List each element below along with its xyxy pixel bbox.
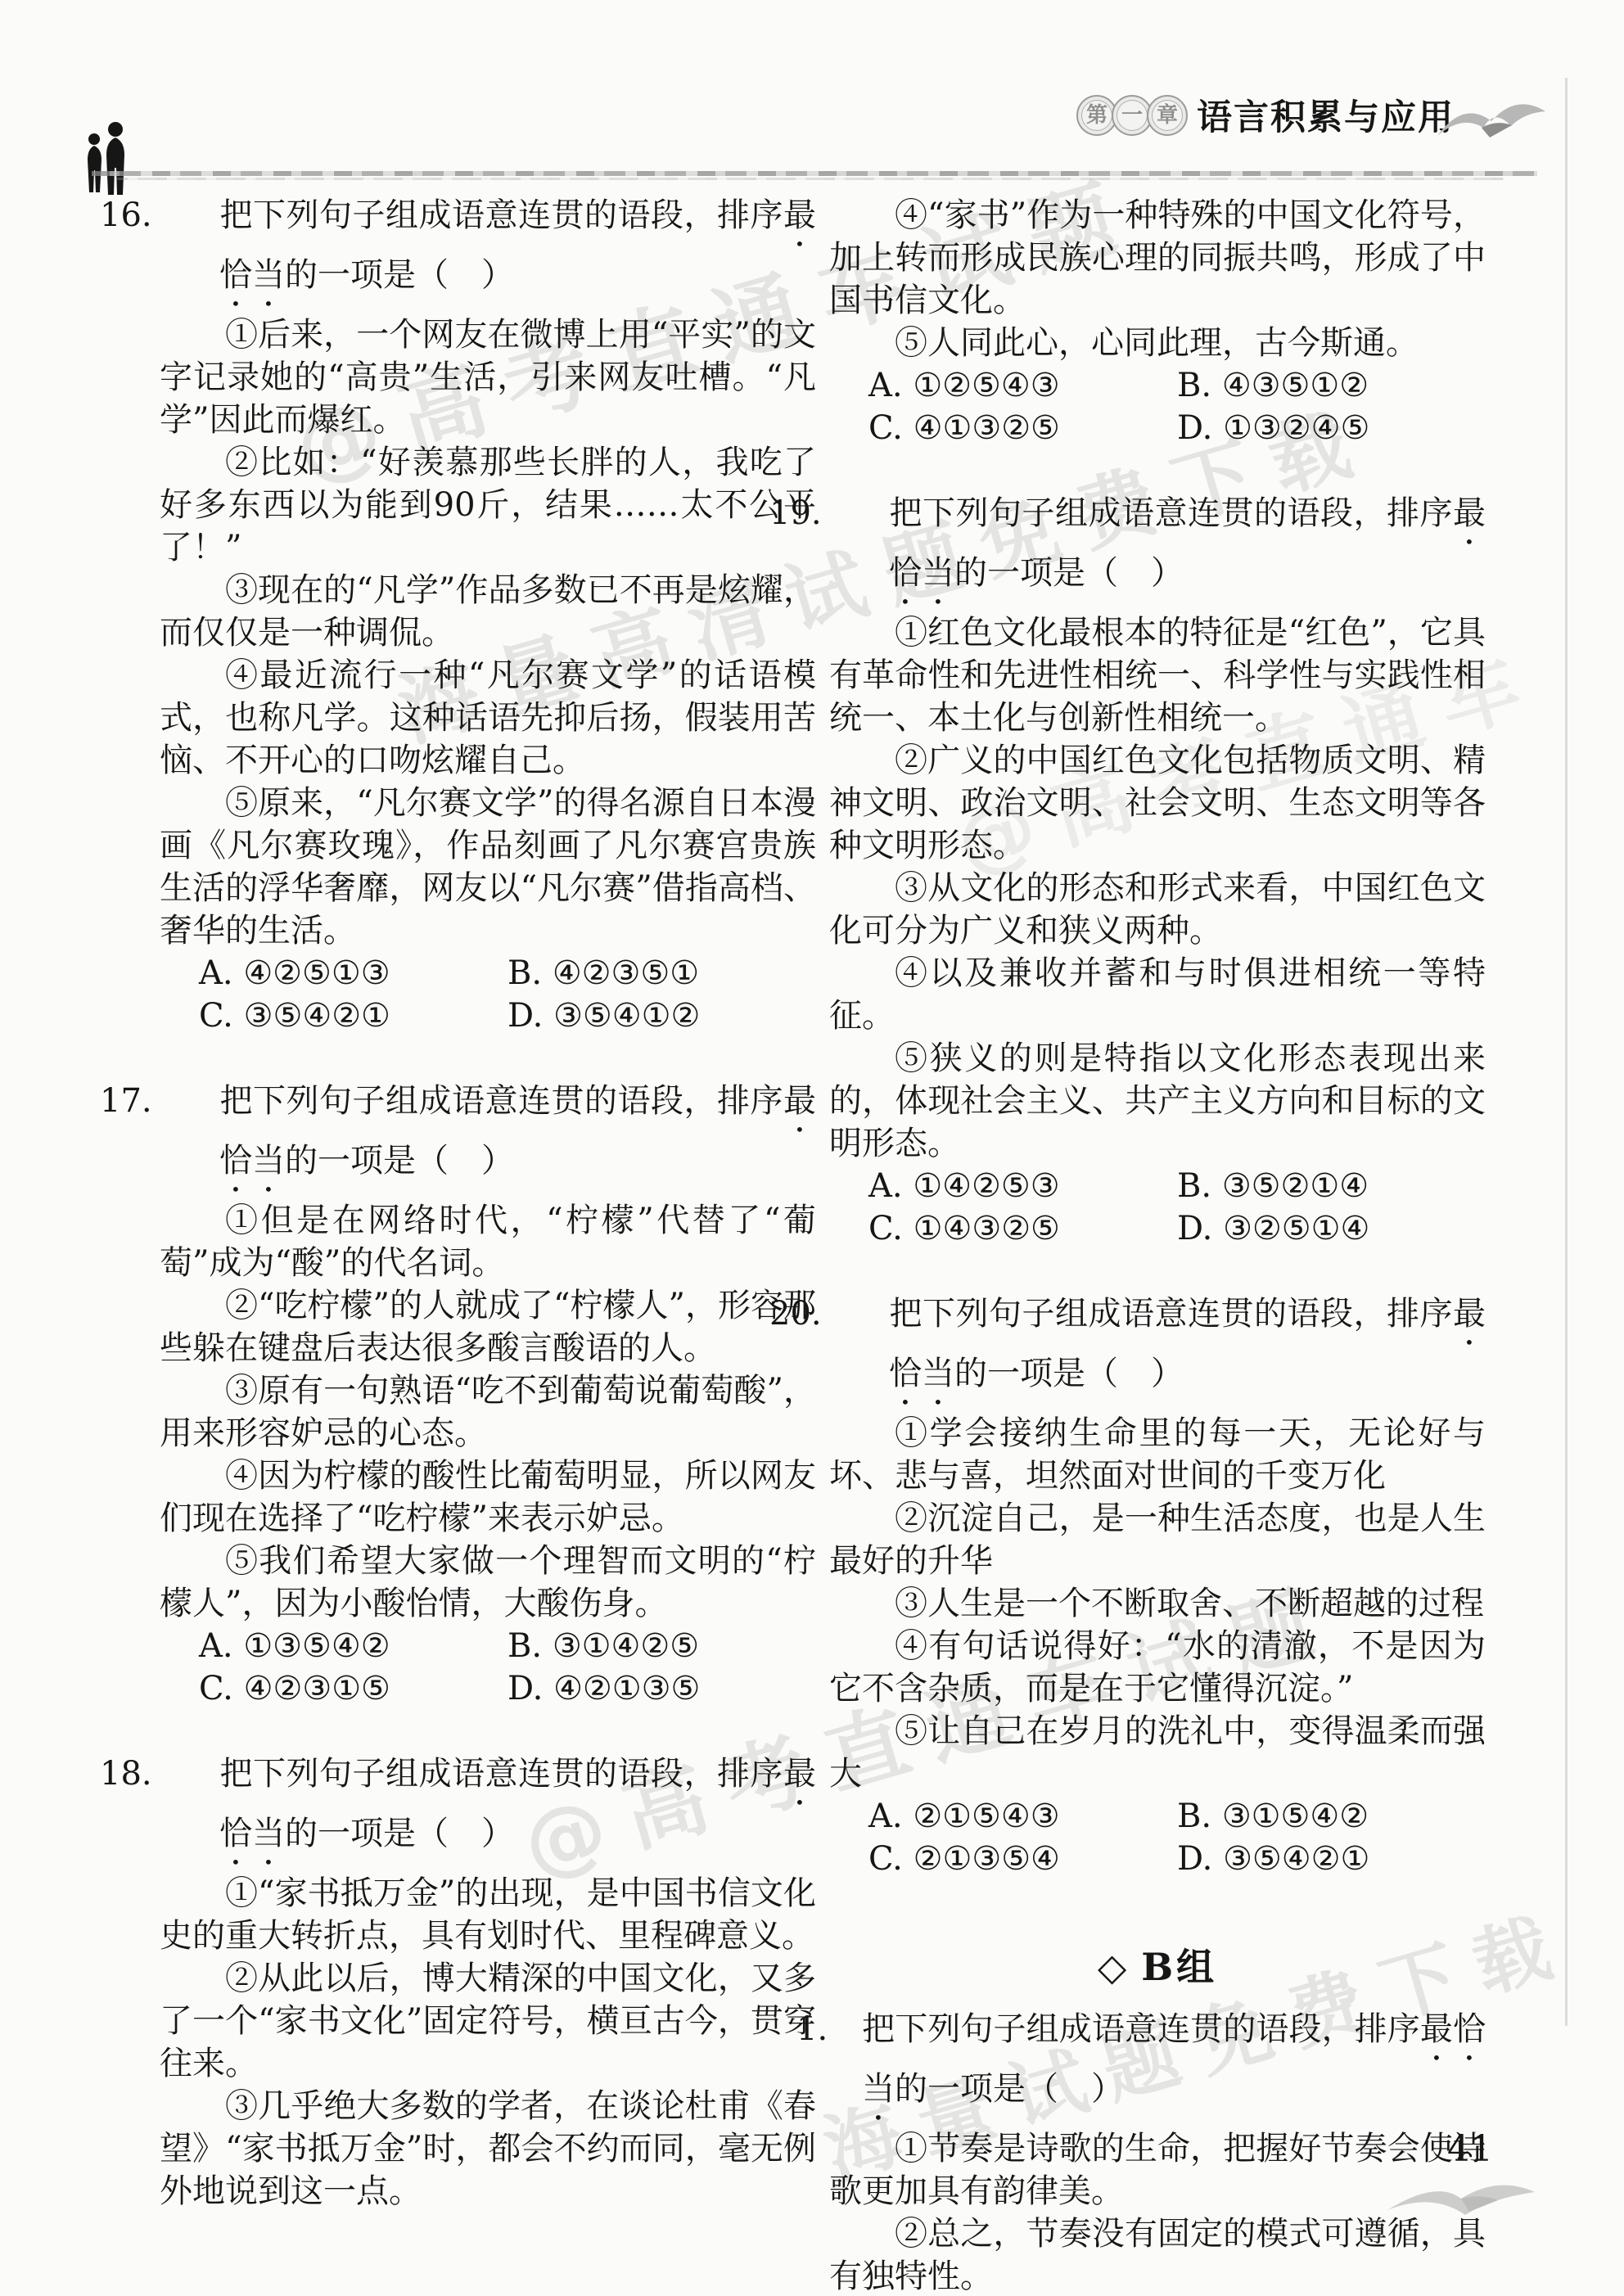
sentence-item: ②“吃柠檬”的人就成了“柠檬人”，形容那些躲在键盘后表达很多酸言酸语的人。 [160, 1284, 816, 1369]
sentence-item: ⑤让自己在岁月的洗礼中，变得温柔而强大 [829, 1710, 1486, 1795]
left-column: 16.把下列句子组成语意连贯的语段，排序最恰当的一项是（ ） ①后来，一个网友在… [160, 194, 816, 2213]
options-grid: A. ①③⑤④② B. ③①④②⑤ C. ④②③①⑤ D. ④②①③⑤ [160, 1625, 816, 1710]
option-c: C. ④①③②⑤ [868, 407, 1177, 449]
sentence-item: ①后来，一个网友在微博上用“平实”的文字记录她的“高贵”生活，引来网友吐槽。“凡… [160, 314, 816, 441]
stem-text: 的一项是（ ） [954, 1355, 1184, 1392]
option-d: D. ①③②④⑤ [1177, 407, 1486, 449]
chapter-title: 语言积累与应用 [1197, 90, 1455, 140]
option-d: D. ③⑤④②① [1177, 1838, 1486, 1880]
option-b: B. ③①⑤④② [1177, 1795, 1486, 1838]
right-column: ④“家书”作为一种特殊的中国文化符号，加上转而形成民族心理的同振共鸣，形成了中国… [829, 194, 1486, 2296]
question-number: 20. [829, 1292, 889, 1335]
stem-text: 的一项是（ ） [285, 1815, 514, 1852]
stem-text: 的一项是（ ） [895, 2070, 1124, 2108]
question-b1: 1.把下列句子组成语意连贯的语段，排序最恰当的一项是（ ） ①节奏是诗歌的生命，… [829, 2008, 1486, 2296]
question-stem: 16.把下列句子组成语意连贯的语段，排序最恰当的一项是（ ） [160, 194, 816, 314]
stem-text: 把下列句子组成语意连贯的语段，排序 [889, 1295, 1453, 1333]
chapter-badge: 第 一 章 [1082, 95, 1188, 136]
option-b: B. ④②③⑤① [508, 952, 816, 995]
option-d: D. ④②①③⑤ [508, 1667, 816, 1710]
stem-text: 把下列句子组成语意连贯的语段，排序 [219, 196, 783, 234]
sentence-item: ①节奏是诗歌的生命，把握好节奏会使诗歌更加具有韵律美。 [829, 2127, 1486, 2213]
options-grid: A. ②①⑤④③ B. ③①⑤④② C. ②①③⑤④ D. ③⑤④②① [829, 1795, 1486, 1880]
sentence-item: ⑤人同此心，心同此理，古今斯通。 [829, 322, 1486, 364]
sentence-item: ①但是在网络时代，“柠檬”代替了“葡萄”成为“酸”的代名词。 [160, 1199, 816, 1284]
question-20: 20.把下列句子组成语意连贯的语段，排序最恰当的一项是（ ） ①学会接纳生命里的… [829, 1292, 1486, 1880]
stem-text: 把下列句子组成语意连贯的语段，排序 [219, 1082, 783, 1120]
question-17: 17.把下列句子组成语意连贯的语段，排序最恰当的一项是（ ） ①但是在网络时代，… [160, 1080, 816, 1710]
option-c: C. ③⑤④②① [199, 995, 508, 1037]
stem-text: 的一项是（ ） [285, 256, 514, 294]
stem-text: 的一项是（ ） [954, 554, 1184, 592]
stem-text: 把下列句子组成语意连贯的语段，排序 [862, 2010, 1420, 2048]
option-b: B. ③①④②⑤ [508, 1625, 816, 1667]
stem-text: 的一项是（ ） [285, 1142, 514, 1180]
sentence-item: ④有句话说得好：“水的清澈，不是因为它不含杂质，而是在于它懂得沉淀。” [829, 1625, 1486, 1710]
sentence-item: ④“家书”作为一种特殊的中国文化符号，加上转而形成民族心理的同振共鸣，形成了中国… [829, 194, 1486, 322]
question-19: 19.把下列句子组成语意连贯的语段，排序最恰当的一项是（ ） ①红色文化最根本的… [829, 492, 1486, 1250]
scan-artifact-line [1565, 78, 1568, 2026]
options-grid: A. ①②⑤④③ B. ④③⑤①② C. ④①③②⑤ D. ①③②④⑤ [829, 364, 1486, 449]
sentence-item: ②沉淀自己，是一种生活态度，也是人生最好的升华 [829, 1497, 1486, 1582]
sentence-item: ③从文化的形态和形式来看，中国红色文化可分为广义和狭义两种。 [829, 867, 1486, 952]
diamond-icon: ◇ [1098, 1945, 1130, 1989]
question-18-part2: ④“家书”作为一种特殊的中国文化符号，加上转而形成民族心理的同振共鸣，形成了中国… [829, 194, 1486, 449]
header-swoosh-icon [1434, 88, 1549, 147]
sentence-item: ③人生是一个不断取舍、不断超越的过程 [829, 1582, 1486, 1625]
option-a: A. ①④②⑤③ [868, 1165, 1177, 1207]
sentence-item: ①“家书抵万金”的出现，是中国书信文化史的重大转折点，具有划时代、里程碑意义。 [160, 1872, 816, 1957]
question-stem: 20.把下列句子组成语意连贯的语段，排序最恰当的一项是（ ） [829, 1292, 1486, 1412]
people-figures-icon [82, 115, 133, 196]
sentence-item: ⑤狭义的则是特指以文化形态表现出来的，体现社会主义、共产主义方向和目标的文明形态… [829, 1037, 1486, 1165]
option-a: A. ④②⑤①③ [199, 952, 508, 995]
question-number: 16. [160, 194, 219, 237]
section-b-label: B组 [1141, 1945, 1217, 1989]
question-18-part1: 18.把下列句子组成语意连贯的语段，排序最恰当的一项是（ ） ①“家书抵万金”的… [160, 1752, 816, 2213]
stem-text: 把下列句子组成语意连贯的语段，排序 [889, 494, 1453, 532]
option-c: C. ④②③①⑤ [199, 1667, 508, 1710]
option-c: C. ①④③②⑤ [868, 1207, 1177, 1250]
sentence-item: ④最近流行一种“凡尔赛文学”的话语模式，也称凡学。这种话语先抑后扬，假装用苦恼、… [160, 654, 816, 782]
textbook-page: @高考直通车试题 海量高清试题免费下载 @高考直通车试题 海量试题免费下载 @高… [0, 0, 1624, 2296]
chapter-badge-circle: 章 [1147, 95, 1188, 136]
sentence-item: ⑤原来，“凡尔赛文学”的得名源自日本漫画《凡尔赛玫瑰》，作品刻画了凡尔赛宫贵族生… [160, 782, 816, 952]
question-stem: 1.把下列句子组成语意连贯的语段，排序最恰当的一项是（ ） [829, 2008, 1486, 2127]
sentence-item: ②总之，节奏没有固定的模式可遵循，具有独特性。 [829, 2213, 1486, 2296]
sentence-item: ②广义的中国红色文化包括物质文明、精神文明、政治文明、社会文明、生态文明等各种文… [829, 739, 1486, 867]
sentence-item: ④以及兼收并蓄和与时俱进相统一等特征。 [829, 952, 1486, 1037]
options-grid: A. ④②⑤①③ B. ④②③⑤① C. ③⑤④②① D. ③⑤④①② [160, 952, 816, 1037]
page-number: 41 [1447, 2128, 1493, 2170]
sentence-item: ①学会接纳生命里的每一天，无论好与坏、悲与喜，坦然面对世间的千变万化 [829, 1412, 1486, 1497]
sentence-item: ②比如：“好羡慕那些长胖的人，我吃了好多东西以为能到90斤，结果……太不公平了！… [160, 441, 816, 569]
option-a: A. ①②⑤④③ [868, 364, 1177, 407]
option-b: B. ③⑤②①④ [1177, 1165, 1486, 1207]
sentence-item: ③现在的“凡学”作品多数已不再是炫耀，而仅仅是一种调侃。 [160, 569, 816, 654]
option-a: A. ①③⑤④② [199, 1625, 508, 1667]
section-b-heading: ◇B组 [829, 1946, 1486, 1988]
stem-text: 把下列句子组成语意连贯的语段，排序 [219, 1755, 783, 1793]
question-number: 19. [829, 492, 889, 535]
sentence-item: ②从此以后，博大精深的中国文化，又多了一个“家书文化”固定符号，横亘古今，贯穿往… [160, 1957, 816, 2085]
option-d: D. ③⑤④①② [508, 995, 816, 1037]
sentence-item: ③几乎绝大多数的学者，在谈论杜甫《春望》“家书抵万金”时，都会不约而同，毫无例外… [160, 2085, 816, 2213]
option-d: D. ③②⑤①④ [1177, 1207, 1486, 1250]
header-divider [92, 171, 1537, 176]
question-number: 18. [160, 1752, 219, 1795]
sentence-item: ③原有一句熟语“吃不到葡萄说葡萄酸”，用来形容妒忌的心态。 [160, 1369, 816, 1455]
question-stem: 18.把下列句子组成语意连贯的语段，排序最恰当的一项是（ ） [160, 1752, 816, 1872]
option-b: B. ④③⑤①② [1177, 364, 1486, 407]
question-stem: 17.把下列句子组成语意连贯的语段，排序最恰当的一项是（ ） [160, 1080, 816, 1199]
sentence-item: ④因为柠檬的酸性比葡萄明显，所以网友们现在选择了“吃柠檬”来表示妒忌。 [160, 1455, 816, 1540]
sentence-item: ①红色文化最根本的特征是“红色”，它具有革命性和先进性相统一、科学性与实践性相统… [829, 611, 1486, 739]
question-16: 16.把下列句子组成语意连贯的语段，排序最恰当的一项是（ ） ①后来，一个网友在… [160, 194, 816, 1037]
question-number: 17. [160, 1080, 219, 1122]
question-number: 1. [829, 2008, 862, 2050]
question-stem: 19.把下列句子组成语意连贯的语段，排序最恰当的一项是（ ） [829, 492, 1486, 611]
option-c: C. ②①③⑤④ [868, 1838, 1177, 1880]
sentence-item: ⑤我们希望大家做一个理智而文明的“柠檬人”，因为小酸怡情，大酸伤身。 [160, 1540, 816, 1625]
options-grid: A. ①④②⑤③ B. ③⑤②①④ C. ①④③②⑤ D. ③②⑤①④ [829, 1165, 1486, 1250]
option-a: A. ②①⑤④③ [868, 1795, 1177, 1838]
